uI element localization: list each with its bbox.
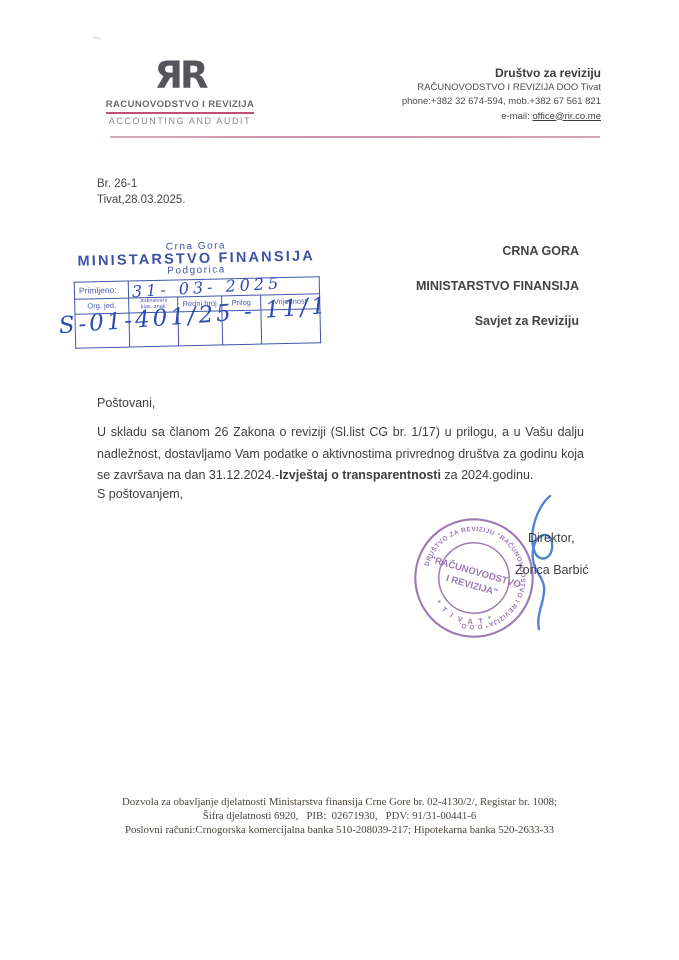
ministry-received-stamp: Crna Gora MINISTARSTVO FINANSIJA Podgori…	[73, 238, 321, 348]
footer-banks-line: Poslovni računi:Crnogorska komercijalna …	[0, 823, 679, 837]
email-link[interactable]: office@rir.co.me	[532, 111, 601, 122]
pen-signature	[506, 490, 598, 632]
closing-phrase: S poštovanjem,	[97, 487, 183, 501]
company-phone: phone:+382 32 674-594, mob.+382 67 561 8…	[301, 95, 601, 110]
letterhead-divider	[110, 136, 600, 138]
recipient-ministry: MINISTARSTVO FINANSIJA	[339, 279, 579, 293]
logo-monogram: ЯR	[98, 58, 262, 94]
logo-company-name: RACUNOVODSTVO I REVIZIJA	[106, 99, 254, 114]
logo-company-name-en: ACCOUNTING AND AUDIT	[98, 116, 262, 126]
company-logo: ЯR RACUNOVODSTVO I REVIZIJA ACCOUNTING A…	[98, 58, 262, 126]
recipient-block: CRNA GORA MINISTARSTVO FINANSIJA Savjet …	[339, 244, 579, 349]
reference-block: Br. 26-1 Tivat,28.03.2025.	[97, 176, 185, 208]
reference-number: Br. 26-1	[97, 176, 185, 192]
footer-ids-line: Šifra djelatnosti 6920, PIB: 02671930, P…	[0, 809, 679, 823]
recipient-country: CRNA GORA	[339, 244, 579, 258]
footer-legal-block: Dozvola za obavljanje djelatnosti Minist…	[0, 795, 679, 837]
company-email-line: e-mail: office@rir.co.me	[301, 110, 601, 125]
paragraph-text-2: za 2024.godinu.	[441, 468, 533, 482]
footer-license-line: Dozvola za obavljanje djelatnosti Minist…	[0, 795, 679, 809]
email-label: e-mail:	[501, 111, 532, 122]
company-type: Društvo za reviziju	[301, 66, 601, 81]
body-paragraph: U skladu sa članom 26 Zakona o reviziji …	[97, 422, 584, 487]
scanned-letter-page: ЯR RACUNOVODSTVO I REVIZIJA ACCOUNTING A…	[0, 0, 679, 960]
signer-title: Direktor,	[528, 531, 575, 545]
company-name: RAČUNOVODSTVO I REVIZIJA DOO Tivat	[301, 81, 601, 96]
stamp-received-label: Primljeno:	[74, 281, 128, 299]
salutation: Poštovani,	[97, 396, 155, 410]
scan-artifact	[92, 36, 101, 41]
paragraph-bold-report-title: Izvještaj o transparentnosti	[279, 468, 441, 482]
reference-place-date: Tivat,28.03.2025.	[97, 192, 185, 208]
signer-name: Zorica Barbić	[515, 563, 589, 577]
company-contact-block: Društvo za reviziju RAČUNOVODSTVO I REVI…	[301, 66, 601, 124]
recipient-department: Savjet za Reviziju	[339, 314, 579, 328]
